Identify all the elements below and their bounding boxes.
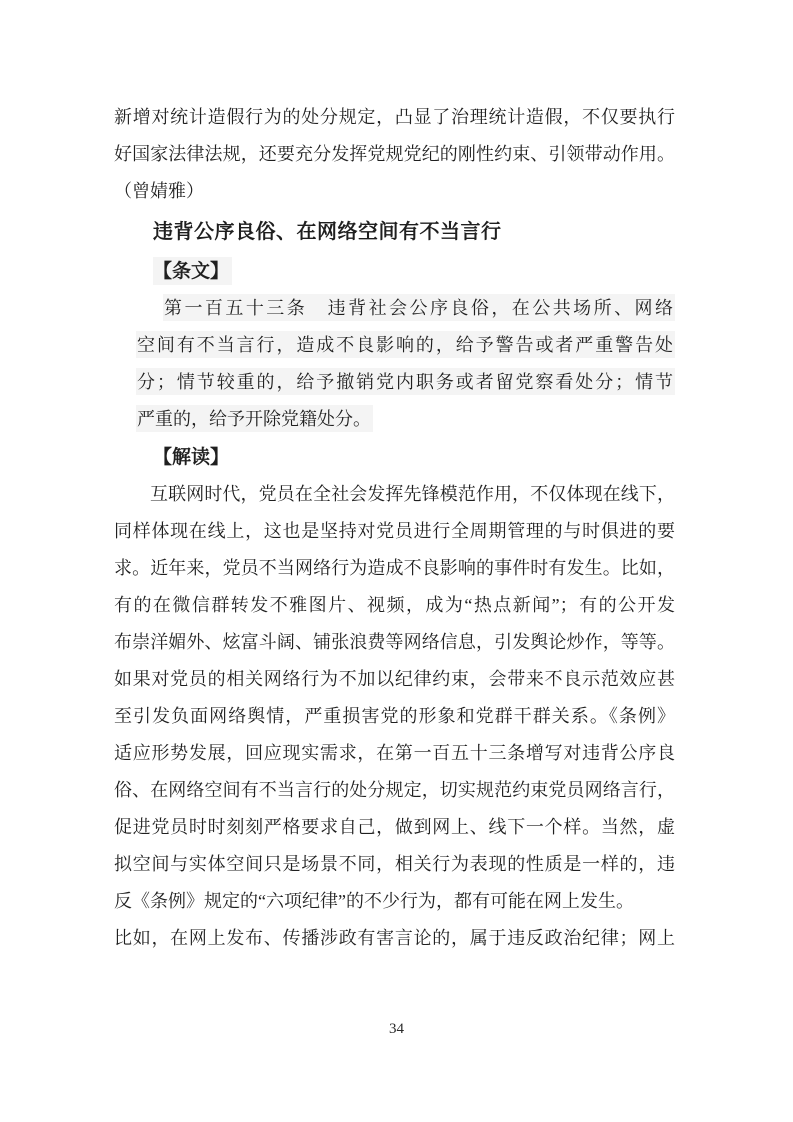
text-line: 互联网时代，党员在全社会发挥先锋模范作用，不仅体现在线下， [114, 476, 675, 513]
text-line: 求。近年来，党员不当网络行为造成不良影响的事件时有发生。比如， [114, 550, 675, 587]
text-line-content: 适应形势发展，回应现实需求，在第一百五十三条增写对违背公序良 [114, 743, 675, 763]
text-line-content: 严重的，给予开除党籍处分。 [136, 405, 373, 432]
text-line: 同样体现在线上，这也是坚持对党员进行全周期管理的与时俱进的要 [114, 513, 675, 550]
text-line-content: 空间有不当言行，造成不良影响的，给予警告或者严重警告处 [136, 331, 675, 358]
text-line: 有的在微信群转发不雅图片、视频，成为“热点新闻”；有的公开发 [114, 587, 675, 624]
text-line-content: 如果对党员的相关网络行为不加以纪律约束，会带来不良示范效应甚 [114, 669, 675, 689]
text-line: （曾婧雅） [114, 173, 675, 210]
paragraph-intro: 新增对统计造假行为的处分规定，凸显了治理统计造假，不仅要执行好国家法律法规，还要… [114, 99, 675, 210]
text-line-content: 促进党员时时刻刻严格要求自己，做到网上、线下一个样。当然，虚 [114, 817, 675, 837]
text-line: 分；情节较重的，给予撤销党内职务或者留党察看处分；情节 [136, 364, 675, 401]
paragraph-jiedu: 互联网时代，党员在全社会发挥先锋模范作用，不仅体现在线下，同样体现在线上，这也是… [114, 476, 675, 957]
text-line-content: 互联网时代，党员在全社会发挥先锋模范作用，不仅体现在线下， [150, 484, 675, 504]
tiaowen-label: 【条文】 [114, 253, 675, 290]
document-page: 新增对统计造假行为的处分规定，凸显了治理统计造假，不仅要执行好国家法律法规，还要… [0, 0, 793, 1122]
text-line-content: 求。近年来，党员不当网络行为造成不良影响的事件时有发生。比如， [114, 558, 675, 578]
text-line-content: 新增对统计造假行为的处分规定，凸显了治理统计造假，不仅要执行 [114, 107, 675, 127]
text-line-content: 第一百五十三条 违背社会公序良俗，在公共场所、网络 [163, 294, 675, 321]
text-line: 新增对统计造假行为的处分规定，凸显了治理统计造假，不仅要执行 [114, 99, 675, 136]
text-line-content: 俗、在网络空间有不当言行的处分规定，切实规范约束党员网络言行， [114, 780, 675, 800]
text-line-content: 布崇洋媚外、炫富斗阔、铺张浪费等网络信息，引发舆论炒作，等等。 [114, 632, 675, 652]
text-line: 至引发负面网络舆情，严重损害党的形象和党群干群关系。《条例》 [114, 698, 675, 735]
tiaowen-label-text: 【条文】 [153, 257, 232, 285]
text-line-content: 反《条例》规定的“六项纪律”的不少行为，都有可能在网上发生。 [114, 891, 634, 911]
section-heading-text: 违背公序良俗、在网络空间有不当言行 [153, 221, 502, 243]
text-line-content: 拟空间与实体空间只是场景不同，相关行为表现的性质是一样的，违 [114, 854, 675, 874]
text-line-content: 至引发负面网络舆情，严重损害党的形象和党群干群关系。《条例》 [114, 706, 675, 726]
text-line: 促进党员时时刻刻严格要求自己，做到网上、线下一个样。当然，虚 [114, 809, 675, 846]
page-content: 新增对统计造假行为的处分规定，凸显了治理统计造假，不仅要执行好国家法律法规，还要… [114, 0, 675, 957]
text-line: 第一百五十三条 违背社会公序良俗，在公共场所、网络 [136, 290, 675, 327]
text-line: 适应形势发展，回应现实需求，在第一百五十三条增写对违背公序良 [114, 735, 675, 772]
text-line: 布崇洋媚外、炫富斗阔、铺张浪费等网络信息，引发舆论炒作，等等。 [114, 624, 675, 661]
text-line-content: 比如，在网上发布、传播涉政有害言论的，属于违反政治纪律；网上 [114, 928, 675, 948]
text-line: 空间有不当言行，造成不良影响的，给予警告或者严重警告处 [136, 327, 675, 364]
text-line: 俗、在网络空间有不当言行的处分规定，切实规范约束党员网络言行， [114, 772, 675, 809]
text-line-content: 有的在微信群转发不雅图片、视频，成为“热点新闻”；有的公开发 [114, 595, 675, 615]
text-line: 拟空间与实体空间只是场景不同，相关行为表现的性质是一样的，违 [114, 846, 675, 883]
jiedu-label-text: 【解读】 [153, 447, 229, 468]
text-line: 如果对党员的相关网络行为不加以纪律约束，会带来不良示范效应甚 [114, 661, 675, 698]
text-line: 比如，在网上发布、传播涉政有害言论的，属于违反政治纪律；网上 [114, 920, 675, 957]
page-number: 34 [0, 1021, 793, 1038]
section-heading: 违背公序良俗、在网络空间有不当言行 [114, 214, 675, 251]
text-line-content: 好国家法律法规，还要充分发挥党规党纪的刚性约束、引领带动作用。 [114, 144, 675, 164]
text-line: 严重的，给予开除党籍处分。 [136, 401, 675, 438]
jiedu-label: 【解读】 [114, 439, 675, 476]
text-line: 反《条例》规定的“六项纪律”的不少行为，都有可能在网上发生。 [114, 883, 675, 920]
text-line: 好国家法律法规，还要充分发挥党规党纪的刚性约束、引领带动作用。 [114, 136, 675, 173]
text-line-content: 同样体现在线上，这也是坚持对党员进行全周期管理的与时俱进的要 [114, 521, 675, 541]
text-line-content: 分；情节较重的，给予撤销党内职务或者留党察看处分；情节 [136, 368, 675, 395]
text-line-content: （曾婧雅） [114, 181, 204, 201]
paragraph-tiaowen: 第一百五十三条 违背社会公序良俗，在公共场所、网络空间有不当言行，造成不良影响的… [136, 290, 675, 438]
